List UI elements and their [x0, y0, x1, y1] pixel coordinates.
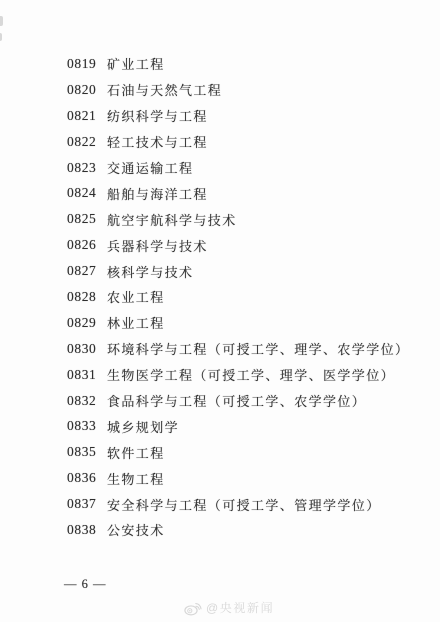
- discipline-code: 0833: [67, 418, 107, 434]
- discipline-row: 0825 航空宇航科学与技术: [67, 206, 427, 232]
- discipline-code: 0828: [67, 289, 107, 305]
- discipline-name: 食品科学与工程（可授工学、农学学位）: [107, 391, 366, 410]
- discipline-code: 0831: [67, 367, 107, 383]
- discipline-row: 0830 环境科学与工程（可授工学、理学、农学学位）: [67, 336, 427, 362]
- discipline-row: 0824 船舶与海洋工程: [67, 180, 427, 206]
- discipline-name: 生物工程: [107, 469, 165, 488]
- discipline-list: 0819 矿业工程 0820 石油与天然气工程 0821 纺织科学与工程 082…: [67, 51, 427, 543]
- discipline-row: 0820 石油与天然气工程: [67, 77, 427, 103]
- weibo-icon: [183, 600, 203, 616]
- discipline-name: 安全科学与工程（可授工学、管理学学位）: [107, 495, 381, 514]
- discipline-name: 船舶与海洋工程: [107, 184, 208, 203]
- discipline-code: 0835: [67, 444, 107, 460]
- discipline-name: 林业工程: [107, 313, 165, 332]
- discipline-name: 轻工技术与工程: [107, 132, 208, 151]
- discipline-name: 城乡规划学: [107, 417, 179, 436]
- discipline-row: 0823 交通运输工程: [67, 155, 427, 181]
- discipline-row: 0837 安全科学与工程（可授工学、管理学学位）: [67, 491, 427, 517]
- watermark-handle: @央视新闻: [206, 599, 274, 616]
- document-page: 0819 矿业工程 0820 石油与天然气工程 0821 纺织科学与工程 082…: [0, 0, 440, 622]
- discipline-name: 农业工程: [107, 287, 165, 306]
- discipline-code: 0838: [67, 522, 107, 538]
- discipline-code: 0819: [67, 56, 107, 72]
- discipline-row: 0822 轻工技术与工程: [67, 129, 427, 155]
- discipline-name: 纺织科学与工程: [107, 106, 208, 125]
- discipline-name: 软件工程: [107, 443, 165, 462]
- discipline-row: 0838 公安技术: [67, 517, 427, 543]
- discipline-name: 生物医学工程（可授工学、理学、医学学位）: [107, 365, 395, 384]
- discipline-name: 交通运输工程: [107, 158, 193, 177]
- discipline-code: 0824: [67, 185, 107, 201]
- discipline-row: 0831 生物医学工程（可授工学、理学、医学学位）: [67, 362, 427, 388]
- discipline-row: 0829 林业工程: [67, 310, 427, 336]
- discipline-code: 0826: [67, 237, 107, 253]
- discipline-code: 0827: [67, 263, 107, 279]
- discipline-row: 0826 兵器科学与技术: [67, 232, 427, 258]
- discipline-row: 0833 城乡规划学: [67, 413, 427, 439]
- discipline-code: 0830: [67, 341, 107, 357]
- discipline-code: 0829: [67, 315, 107, 331]
- discipline-code: 0837: [67, 496, 107, 512]
- discipline-code: 0821: [67, 108, 107, 124]
- discipline-name: 兵器科学与技术: [107, 236, 208, 255]
- discipline-row: 0819 矿业工程: [67, 51, 427, 77]
- discipline-row: 0827 核科学与技术: [67, 258, 427, 284]
- discipline-row: 0836 生物工程: [67, 465, 427, 491]
- discipline-row: 0821 纺织科学与工程: [67, 103, 427, 129]
- discipline-row: 0835 软件工程: [67, 439, 427, 465]
- discipline-name: 航空宇航科学与技术: [107, 210, 237, 229]
- discipline-row: 0828 农业工程: [67, 284, 427, 310]
- scan-artifact: [0, 16, 3, 26]
- discipline-code: 0836: [67, 470, 107, 486]
- page-number: — 6 —: [64, 577, 107, 592]
- discipline-name: 公安技术: [107, 520, 165, 539]
- discipline-name: 核科学与技术: [107, 262, 193, 281]
- discipline-code: 0832: [67, 393, 107, 409]
- discipline-code: 0823: [67, 160, 107, 176]
- discipline-code: 0825: [67, 211, 107, 227]
- discipline-name: 石油与天然气工程: [107, 80, 222, 99]
- discipline-code: 0820: [67, 82, 107, 98]
- discipline-name: 矿业工程: [107, 54, 165, 73]
- scan-artifact: [0, 33, 2, 41]
- watermark: @央视新闻: [183, 599, 274, 616]
- discipline-name: 环境科学与工程（可授工学、理学、农学学位）: [107, 339, 409, 358]
- discipline-row: 0832 食品科学与工程（可授工学、农学学位）: [67, 388, 427, 414]
- discipline-code: 0822: [67, 134, 107, 150]
